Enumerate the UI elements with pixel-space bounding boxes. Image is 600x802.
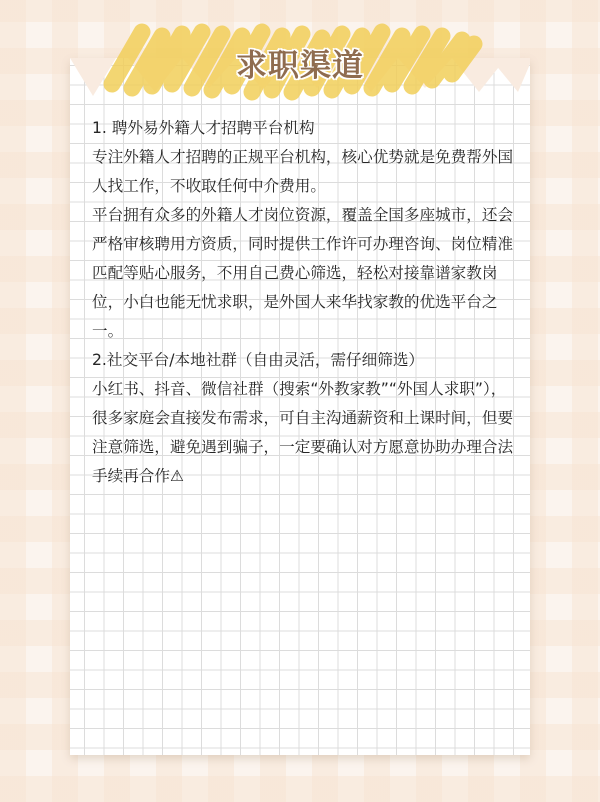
section-paragraph: 小红书、抖音、微信社群（搜索“外教家教”“外国人求职”），很多家庭会直接发布需求… bbox=[92, 375, 514, 491]
section-heading-platform: 1. 聘外易外籍人才招聘平台机构 bbox=[92, 114, 514, 143]
section-heading-social: 2.社交平台/本地社群（自由灵活，需仔细筛选） bbox=[92, 346, 514, 375]
page-title: 求职渠道 bbox=[0, 40, 600, 85]
article-body: 1. 聘外易外籍人才招聘平台机构 专注外籍人才招聘的正规平台机构，核心优势就是免… bbox=[92, 114, 514, 491]
section-paragraph: 专注外籍人才招聘的正规平台机构，核心优势就是免费帮外国人找工作，不收取任何中介费… bbox=[92, 143, 514, 201]
section-paragraph: 平台拥有众多的外籍人才岗位资源，覆盖全国多座城市，还会严格审核聘用方资质，同时提… bbox=[92, 201, 514, 346]
